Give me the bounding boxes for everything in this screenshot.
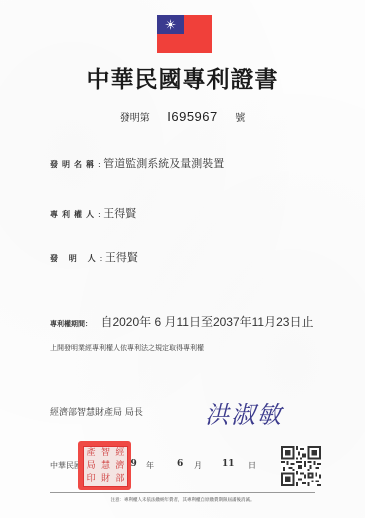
date-month: 6 <box>177 459 183 469</box>
patent-number-label: 發明第 <box>120 113 150 124</box>
footer-note: 注意：專利權人未依法繳納年費者，其專利權自原繳費期限屆滿後消滅。 <box>0 497 365 503</box>
patent-certificate: 中華民國專利證書 發明第 I695967 號 發明名稱: 管道監測系統及量測裝置… <box>0 0 365 518</box>
invention-name-value: 管道監測系統及量測裝置 <box>103 157 224 170</box>
field-label: 專利權人 <box>50 210 98 219</box>
white-sun-icon <box>165 19 176 30</box>
certificate-title: 中華民國專利證書 <box>0 61 365 94</box>
grant-statement: 上開發明業經專利權人依專利法之規定取得專利權 <box>50 343 204 353</box>
inventor-value: 王得賢 <box>105 251 138 264</box>
patent-number-suffix: 號 <box>235 113 245 124</box>
date-day-unit: 日 <box>248 460 256 471</box>
inventor-field: 發 明 人: 王得賢 <box>50 249 138 265</box>
director-signature: 洪淑敏 <box>205 395 283 430</box>
issuer-title: 經濟部智慧財產局 局長 <box>50 405 143 418</box>
date-month-unit: 月 <box>194 460 202 471</box>
footer-divider <box>50 492 315 493</box>
patentee-field: 專利權人: 王得賢 <box>50 205 136 221</box>
seal-characters: 產 智 經 局 慧 濟 印 財 部 <box>83 446 128 487</box>
field-label: 發 明 人 <box>50 254 100 263</box>
qr-code-icon <box>281 446 321 486</box>
official-seal: 產 智 經 局 慧 濟 印 財 部 <box>78 441 131 490</box>
date-day: 11 <box>222 459 235 469</box>
patent-term: 專利權期間： 自2020年 6 月11日至2037年11月23日止 <box>50 313 313 331</box>
patent-number-row: 發明第 I695967 號 <box>0 109 365 124</box>
field-label: 發明名稱 <box>50 160 98 169</box>
patent-number: I695967 <box>167 109 218 124</box>
date-year-unit: 年 <box>146 460 154 471</box>
patent-term-label: 專利權期間： <box>50 320 92 328</box>
patent-term-value: 自2020年 6 月11日至2037年11月23日止 <box>100 315 313 329</box>
roc-flag-icon <box>157 15 212 53</box>
flag-canton <box>157 15 184 34</box>
invention-name-field: 發明名稱: 管道監測系統及量測裝置 <box>50 155 224 171</box>
patentee-value: 王得賢 <box>103 207 136 220</box>
